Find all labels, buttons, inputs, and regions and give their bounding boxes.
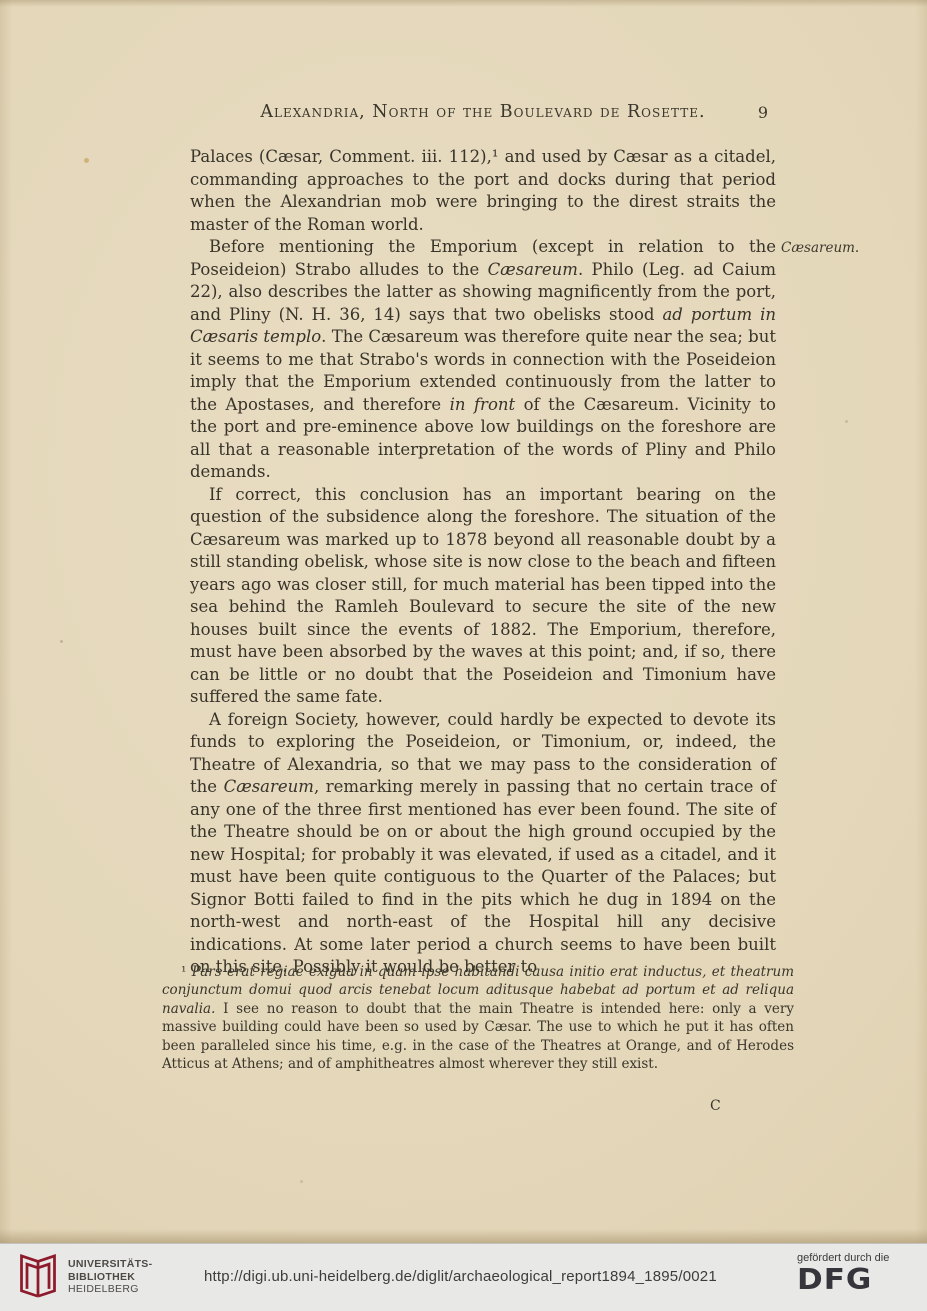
dfg-logo: DFG <box>797 1265 907 1294</box>
body-paragraph: Before mentioning the Emporium (except i… <box>190 236 776 484</box>
source-url: http://digi.ub.uni-heidelberg.de/diglit/… <box>204 1268 717 1285</box>
library-name-line: BIBLIOTHEK <box>68 1271 152 1284</box>
footnote: ¹ Pars erat regiae exigua in quam ipse h… <box>162 963 794 1073</box>
open-book-icon <box>16 1252 60 1302</box>
library-name-line: UNIVERSITÄTS- <box>68 1258 152 1271</box>
printer-signature-mark: C <box>710 1098 721 1114</box>
margin-note: Cæsareum. <box>781 240 921 256</box>
page-edge-shadow <box>0 1229 927 1243</box>
body-text: Palaces (Cæsar, Comment. iii. 112),¹ and… <box>190 146 776 979</box>
digitization-footer: UNIVERSITÄTS- BIBLIOTHEK HEIDELBERG http… <box>0 1243 927 1311</box>
body-paragraph: Palaces (Cæsar, Comment. iii. 112),¹ and… <box>190 146 776 236</box>
paper-speck <box>300 1180 303 1183</box>
paper-speck <box>84 158 89 163</box>
library-name-line: HEIDELBERG <box>68 1283 152 1296</box>
body-paragraph: A foreign Society, however, could hardly… <box>190 709 776 979</box>
running-header: Alexandria, North of the Boulevard de Ro… <box>190 102 776 122</box>
body-paragraph: If correct, this conclusion has an impor… <box>190 484 776 709</box>
ub-heidelberg-logo: UNIVERSITÄTS- BIBLIOTHEK HEIDELBERG <box>16 1252 152 1302</box>
scanned-page-view: Alexandria, North of the Boulevard de Ro… <box>0 0 927 1311</box>
library-name: UNIVERSITÄTS- BIBLIOTHEK HEIDELBERG <box>68 1258 152 1296</box>
page-number: 9 <box>758 103 768 122</box>
book-page: Alexandria, North of the Boulevard de Ro… <box>0 0 927 1243</box>
paper-speck <box>60 640 63 643</box>
paper-speck <box>845 420 848 423</box>
page-title: Alexandria, North of the Boulevard de Ro… <box>260 102 705 122</box>
dfg-funding-block: gefördert durch die DFG <box>797 1252 907 1297</box>
